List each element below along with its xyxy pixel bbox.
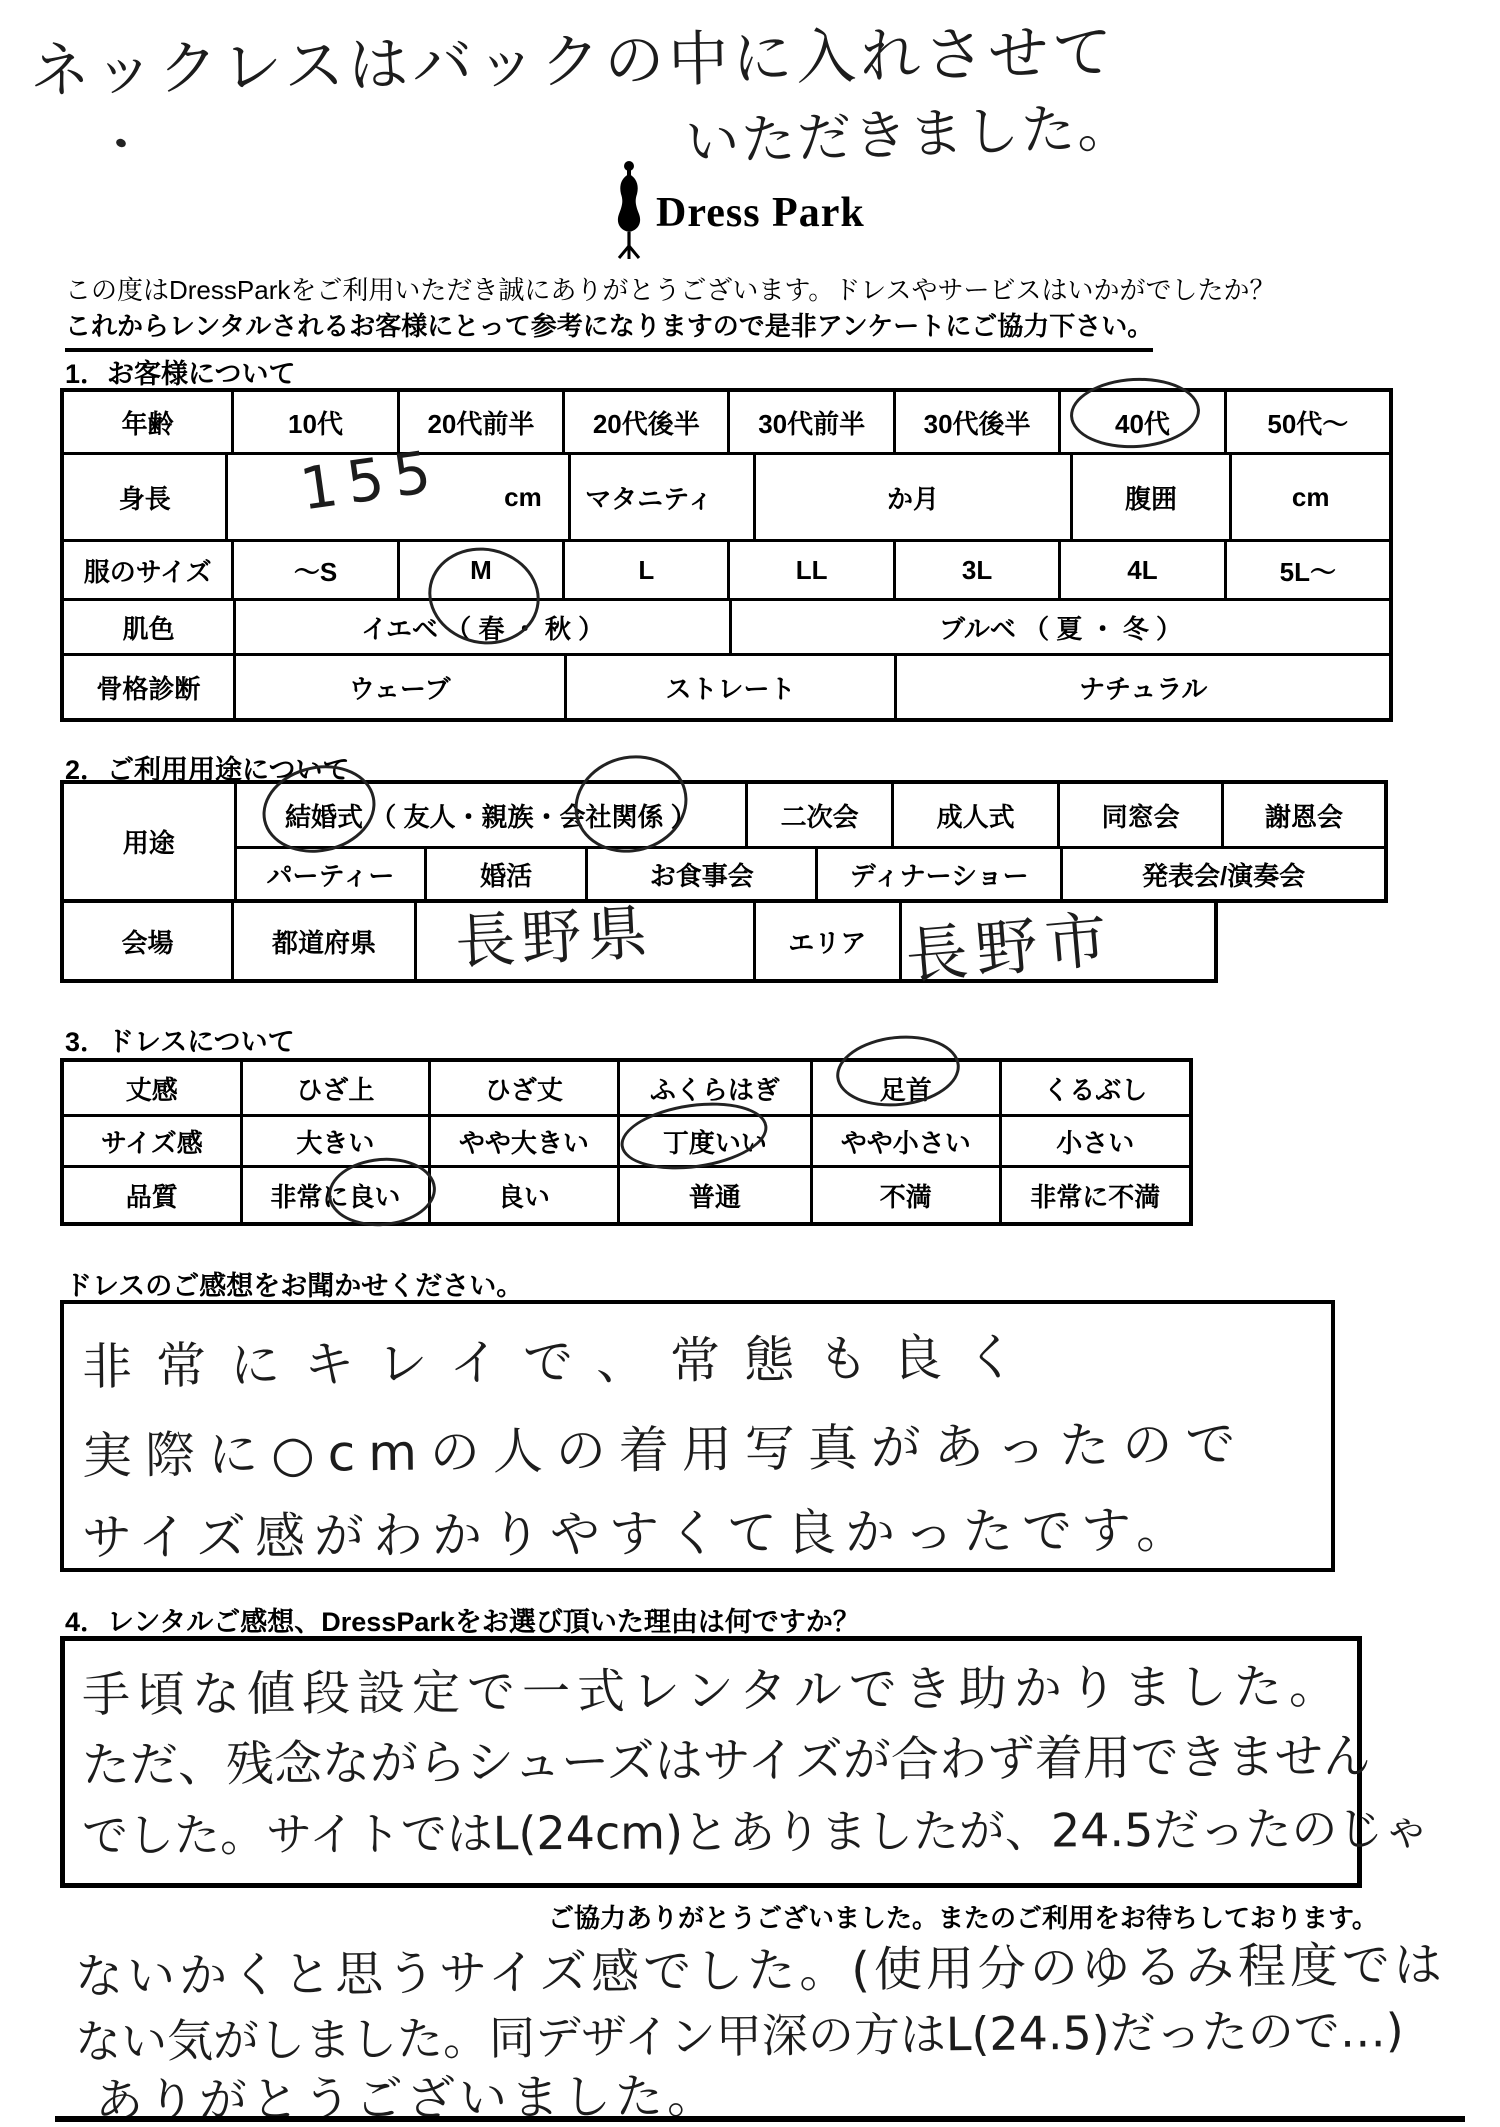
age-option: 30代前半 xyxy=(727,392,892,452)
use-option: 同窓会 xyxy=(1057,784,1221,846)
maternity-label: マタニティ xyxy=(568,455,754,539)
bottom-border-line xyxy=(55,2116,1465,2122)
fit-option: やや大きい xyxy=(428,1117,617,1165)
section3-title: 3．ドレスについて xyxy=(65,1020,295,1059)
usage-table-top: 用途 結婚式 （ 友人・親族・会社関係 ） 二次会 成人式 同窓会 謝恩会 パー… xyxy=(60,780,1388,903)
skin-row: 肌色 イエベ （ 春 ・ 秋 ） ブルベ （ 夏 ・ 冬 ） xyxy=(64,598,1389,653)
frame-row: 骨格診断 ウェーブ ストレート ナチュラル xyxy=(64,653,1389,718)
months-label: か月 xyxy=(753,455,1069,539)
frame-option: ナチュラル xyxy=(894,656,1389,718)
length-option: ひざ上 xyxy=(240,1062,429,1114)
use-option: ディナーショー xyxy=(815,849,1060,899)
skin-option-blue: ブルベ （ 夏 ・ 冬 ） xyxy=(729,601,1389,653)
size-option: 3L xyxy=(893,542,1058,598)
quality-option: 非常に不満 xyxy=(999,1168,1189,1222)
brand-logo: Dress Park xyxy=(608,160,865,265)
dress-form-icon xyxy=(608,160,650,265)
skin-option-yellow: イエベ （ 春 ・ 秋 ） xyxy=(233,601,729,653)
age-row: 年齢 10代 20代前半 20代後半 30代前半 30代後半 40代 50代～ xyxy=(64,392,1389,452)
dress-comment-line3: サイズ感がわかりやすくて良かったです。 xyxy=(82,1490,1195,1570)
age-option: 10代 xyxy=(231,392,396,452)
scanned-survey-page: ネックレスはバックの中に入れさせて いただきました。 Dress Park この… xyxy=(0,0,1500,2127)
size-option: 4L xyxy=(1058,542,1223,598)
age-option: 30代後半 xyxy=(893,392,1058,452)
rental-comment-line1: 手頃な値段設定で一式レンタルでき助かりました。 xyxy=(82,1648,1344,1726)
use-option: 二次会 xyxy=(745,784,891,846)
size-label: 服のサイズ xyxy=(64,542,231,598)
length-row: 丈感 ひざ上 ひざ丈 ふくらはぎ 足首 くるぶし xyxy=(64,1062,1189,1114)
quality-option-selected: 非常に良い xyxy=(240,1168,429,1222)
customer-table: 年齢 10代 20代前半 20代後半 30代前半 30代後半 40代 50代～ … xyxy=(60,388,1393,722)
use-label: 用途 xyxy=(64,784,234,899)
height-row: 身長 cm マタニティ か月 腹囲 cm xyxy=(64,452,1389,539)
quality-row: 品質 非常に良い 良い 普通 不満 非常に不満 xyxy=(64,1165,1189,1222)
age-label: 年齢 xyxy=(64,392,231,452)
pref-handwritten-value: 長野県 xyxy=(453,885,655,981)
dress-comment-line1: 非常にキレイで、常態も良く xyxy=(82,1317,1041,1399)
usage-table: 用途 結婚式 （ 友人・親族・会社関係 ） 二次会 成人式 同窓会 謝恩会 パー… xyxy=(60,780,1388,983)
waist-label: 腹囲 xyxy=(1070,455,1230,539)
fit-option-selected: 丁度いい xyxy=(617,1117,810,1165)
frame-option: ストレート xyxy=(564,656,895,718)
length-option-selected: 足首 xyxy=(810,1062,999,1114)
pref-label: 都道府県 xyxy=(231,903,414,979)
use-row1: 結婚式 （ 友人・親族・会社関係 ） 二次会 成人式 同窓会 謝恩会 xyxy=(237,784,1384,846)
venue-label: 会場 xyxy=(64,903,231,979)
use-option: 成人式 xyxy=(891,784,1057,846)
size-row: 服のサイズ ～S M L LL 3L 4L 5L～ xyxy=(64,539,1389,598)
length-option: くるぶし xyxy=(999,1062,1189,1114)
dress-comment-prompt: ドレスのご感想をお聞かせください。 xyxy=(65,1264,523,1303)
section1-title: 1．お客様について xyxy=(65,352,295,391)
waist-unit: cm xyxy=(1229,455,1389,539)
height-unit: cm xyxy=(504,482,542,513)
age-option: 50代～ xyxy=(1224,392,1389,452)
age-option-selected: 40代 xyxy=(1058,392,1223,452)
size-option: L xyxy=(562,542,727,598)
use-option: 謝恩会 xyxy=(1221,784,1384,846)
section4-title: 4．レンタルご感想、DressParkをお選び頂いた理由は何ですか？ xyxy=(65,1600,860,1639)
use-row2: パーティー 婚活 お食事会 ディナーショー 発表会/演奏会 xyxy=(237,846,1384,899)
use-option-wedding: 結婚式 （ 友人・親族・会社関係 ） xyxy=(237,784,745,846)
fit-option: やや小さい xyxy=(810,1117,999,1165)
size-option: 5L～ xyxy=(1224,542,1389,598)
area-label: エリア xyxy=(753,903,899,979)
survey-request-text: これからレンタルされるお客様にとって参考になりますので是非アンケートにご協力下さ… xyxy=(65,306,1153,352)
rental-comment-line3: でした。サイトではL(24cm)とありましたが、24.5だったのじゃ xyxy=(82,1792,1430,1865)
size-option: ～S xyxy=(231,542,396,598)
dress-table: 丈感 ひざ上 ひざ丈 ふくらはぎ 足首 くるぶし サイズ感 大きい やや大きい … xyxy=(60,1058,1193,1226)
height-label: 身長 xyxy=(64,455,225,539)
intro-text: この度はDressParkをご利用いただき誠にありがとうございます。ドレスやサー… xyxy=(65,270,1276,307)
fit-row: サイズ感 大きい やや大きい 丁度いい やや小さい 小さい xyxy=(64,1114,1189,1165)
ink-dot xyxy=(115,137,127,148)
fit-label: サイズ感 xyxy=(64,1117,240,1165)
frame-label: 骨格診断 xyxy=(64,656,233,718)
length-label: 丈感 xyxy=(64,1062,240,1114)
fit-option: 大きい xyxy=(240,1117,429,1165)
quality-option: 不満 xyxy=(810,1168,999,1222)
size-option-selected: M xyxy=(397,542,562,598)
quality-option: 良い xyxy=(428,1168,617,1222)
dress-comment-line2: 実際に○cmの人の着用写真があったので xyxy=(82,1404,1249,1488)
fit-option: 小さい xyxy=(999,1117,1189,1165)
length-option: ふくらはぎ xyxy=(617,1062,810,1114)
length-option: ひざ丈 xyxy=(428,1062,617,1114)
use-option: パーティー xyxy=(237,849,425,899)
area-handwritten-value: 長野市 xyxy=(902,889,1119,996)
skin-label: 肌色 xyxy=(64,601,233,653)
quality-option: 普通 xyxy=(617,1168,810,1222)
age-option: 20代後半 xyxy=(562,392,727,452)
size-option: LL xyxy=(727,542,892,598)
rental-comment-line2: ただ、残念ながらシューズはサイズが合わず着用できません xyxy=(82,1718,1371,1796)
quality-label: 品質 xyxy=(64,1168,240,1222)
brand-name: Dress Park xyxy=(656,189,865,237)
frame-option: ウェーブ xyxy=(233,656,564,718)
